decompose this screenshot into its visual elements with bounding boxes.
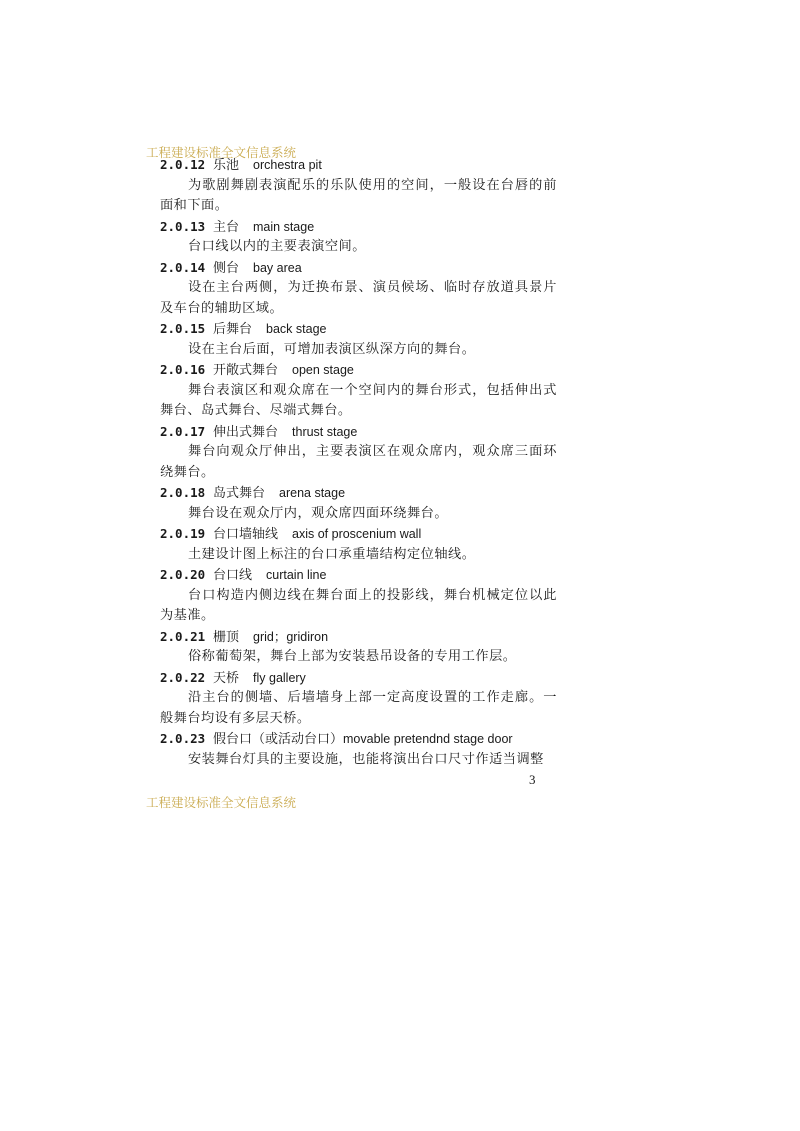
term-entry-2-0-16: 2.0.16开敞式舞台open stage 舞台表演区和观众席在一个空间内的舞台… <box>160 360 560 422</box>
term-number: 2.0.16 <box>160 360 213 381</box>
term-english: main stage <box>253 220 314 234</box>
term-heading: 2.0.15后舞台back stage <box>160 319 560 340</box>
term-definition: 沿主台的侧墙、后墙墙身上部一定高度设置的工作走廊。一般舞台均设有多层天桥。 <box>160 688 557 729</box>
term-heading: 2.0.20台口线curtain line <box>160 565 560 586</box>
term-number: 2.0.23 <box>160 729 213 750</box>
term-heading: 2.0.22天桥fly gallery <box>160 668 560 689</box>
term-heading: 2.0.16开敞式舞台open stage <box>160 360 560 381</box>
term-entry-2-0-12: 2.0.12乐池orchestra pit 为歌剧舞剧表演配乐的乐队使用的空间，… <box>160 155 560 217</box>
term-number: 2.0.14 <box>160 258 213 279</box>
term-entry-2-0-20: 2.0.20台口线curtain line 台口构造内侧边线在舞台面上的投影线，… <box>160 565 560 627</box>
term-english: grid；gridiron <box>253 630 328 644</box>
term-entry-2-0-19: 2.0.19台口墙轴线axis of proscenium wall 土建设计图… <box>160 524 560 565</box>
term-number: 2.0.15 <box>160 319 213 340</box>
watermark-bottom: 工程建设标准全文信息系统 <box>146 793 296 811</box>
term-english: bay area <box>253 261 302 275</box>
term-definition: 俗称葡萄架，舞台上部为安装悬吊设备的专用工作层。 <box>160 647 557 668</box>
term-chinese: 台口线 <box>213 566 252 587</box>
term-chinese: 主台 <box>213 218 239 239</box>
term-entry-2-0-18: 2.0.18岛式舞台arena stage 舞台设在观众厅内，观众席四面环绕舞台… <box>160 483 560 524</box>
term-english: arena stage <box>279 486 345 500</box>
term-chinese: 台口墙轴线 <box>213 525 278 546</box>
term-number: 2.0.21 <box>160 627 213 648</box>
term-chinese: 假台口（或活动台口） <box>213 730 343 751</box>
term-number: 2.0.17 <box>160 422 213 443</box>
term-chinese: 开敞式舞台 <box>213 361 278 382</box>
term-number: 2.0.12 <box>160 155 213 176</box>
term-entry-2-0-13: 2.0.13主台main stage 台口线以内的主要表演空间。 <box>160 217 560 258</box>
term-heading: 2.0.23假台口（或活动台口）movable pretendnd stage … <box>160 729 560 750</box>
term-definition: 舞台向观众厅伸出，主要表演区在观众席内，观众席三面环绕舞台。 <box>160 442 557 483</box>
term-chinese: 栅顶 <box>213 628 239 649</box>
term-heading: 2.0.12乐池orchestra pit <box>160 155 560 176</box>
term-heading: 2.0.18岛式舞台arena stage <box>160 483 560 504</box>
term-chinese: 伸出式舞台 <box>213 423 278 444</box>
term-definition: 舞台表演区和观众席在一个空间内的舞台形式，包括伸出式舞台、岛式舞台、尽端式舞台。 <box>160 381 557 422</box>
term-entry-2-0-17: 2.0.17伸出式舞台thrust stage 舞台向观众厅伸出，主要表演区在观… <box>160 422 560 484</box>
term-definition: 为歌剧舞剧表演配乐的乐队使用的空间，一般设在台唇的前面和下面。 <box>160 176 557 217</box>
term-entry-2-0-21: 2.0.21栅顶grid；gridiron 俗称葡萄架，舞台上部为安装悬吊设备的… <box>160 627 560 668</box>
term-english: curtain line <box>266 568 326 582</box>
term-chinese: 乐池 <box>213 156 239 177</box>
term-heading: 2.0.14侧台bay area <box>160 258 560 279</box>
term-entry-2-0-15: 2.0.15后舞台back stage 设在主台后面，可增加表演区纵深方向的舞台… <box>160 319 560 360</box>
term-entry-2-0-23: 2.0.23假台口（或活动台口）movable pretendnd stage … <box>160 729 560 770</box>
term-entry-2-0-14: 2.0.14侧台bay area 设在主台两侧，为迁换布景、演员候场、临时存放道… <box>160 258 560 320</box>
term-heading: 2.0.19台口墙轴线axis of proscenium wall <box>160 524 560 545</box>
term-english: open stage <box>292 363 354 377</box>
term-english: movable pretendnd stage door <box>343 732 513 746</box>
term-number: 2.0.20 <box>160 565 213 586</box>
term-definition: 设在主台后面，可增加表演区纵深方向的舞台。 <box>160 340 557 361</box>
term-heading: 2.0.17伸出式舞台thrust stage <box>160 422 560 443</box>
term-english: fly gallery <box>253 671 306 685</box>
term-definition: 舞台设在观众厅内，观众席四面环绕舞台。 <box>160 504 557 525</box>
term-chinese: 后舞台 <box>213 320 252 341</box>
term-number: 2.0.13 <box>160 217 213 238</box>
term-chinese: 岛式舞台 <box>213 484 265 505</box>
page-number: 3 <box>529 772 536 788</box>
term-entry-2-0-22: 2.0.22天桥fly gallery 沿主台的侧墙、后墙墙身上部一定高度设置的… <box>160 668 560 730</box>
term-definition: 台口构造内侧边线在舞台面上的投影线，舞台机械定位以此为基准。 <box>160 586 557 627</box>
glossary-content: 2.0.12乐池orchestra pit 为歌剧舞剧表演配乐的乐队使用的空间，… <box>160 155 560 770</box>
term-english: orchestra pit <box>253 158 322 172</box>
term-number: 2.0.19 <box>160 524 213 545</box>
term-english: axis of proscenium wall <box>292 527 421 541</box>
term-definition: 台口线以内的主要表演空间。 <box>160 237 557 258</box>
term-definition: 安装舞台灯具的主要设施，也能将演出台口尺寸作适当调整 <box>160 750 557 771</box>
term-chinese: 天桥 <box>213 669 239 690</box>
term-chinese: 侧台 <box>213 259 239 280</box>
term-english: back stage <box>266 322 326 336</box>
term-heading: 2.0.13主台main stage <box>160 217 560 238</box>
term-definition: 设在主台两侧，为迁换布景、演员候场、临时存放道具景片及车台的辅助区域。 <box>160 278 557 319</box>
term-heading: 2.0.21栅顶grid；gridiron <box>160 627 560 648</box>
term-definition: 土建设计图上标注的台口承重墙结构定位轴线。 <box>160 545 557 566</box>
term-english: thrust stage <box>292 425 357 439</box>
term-number: 2.0.22 <box>160 668 213 689</box>
term-number: 2.0.18 <box>160 483 213 504</box>
